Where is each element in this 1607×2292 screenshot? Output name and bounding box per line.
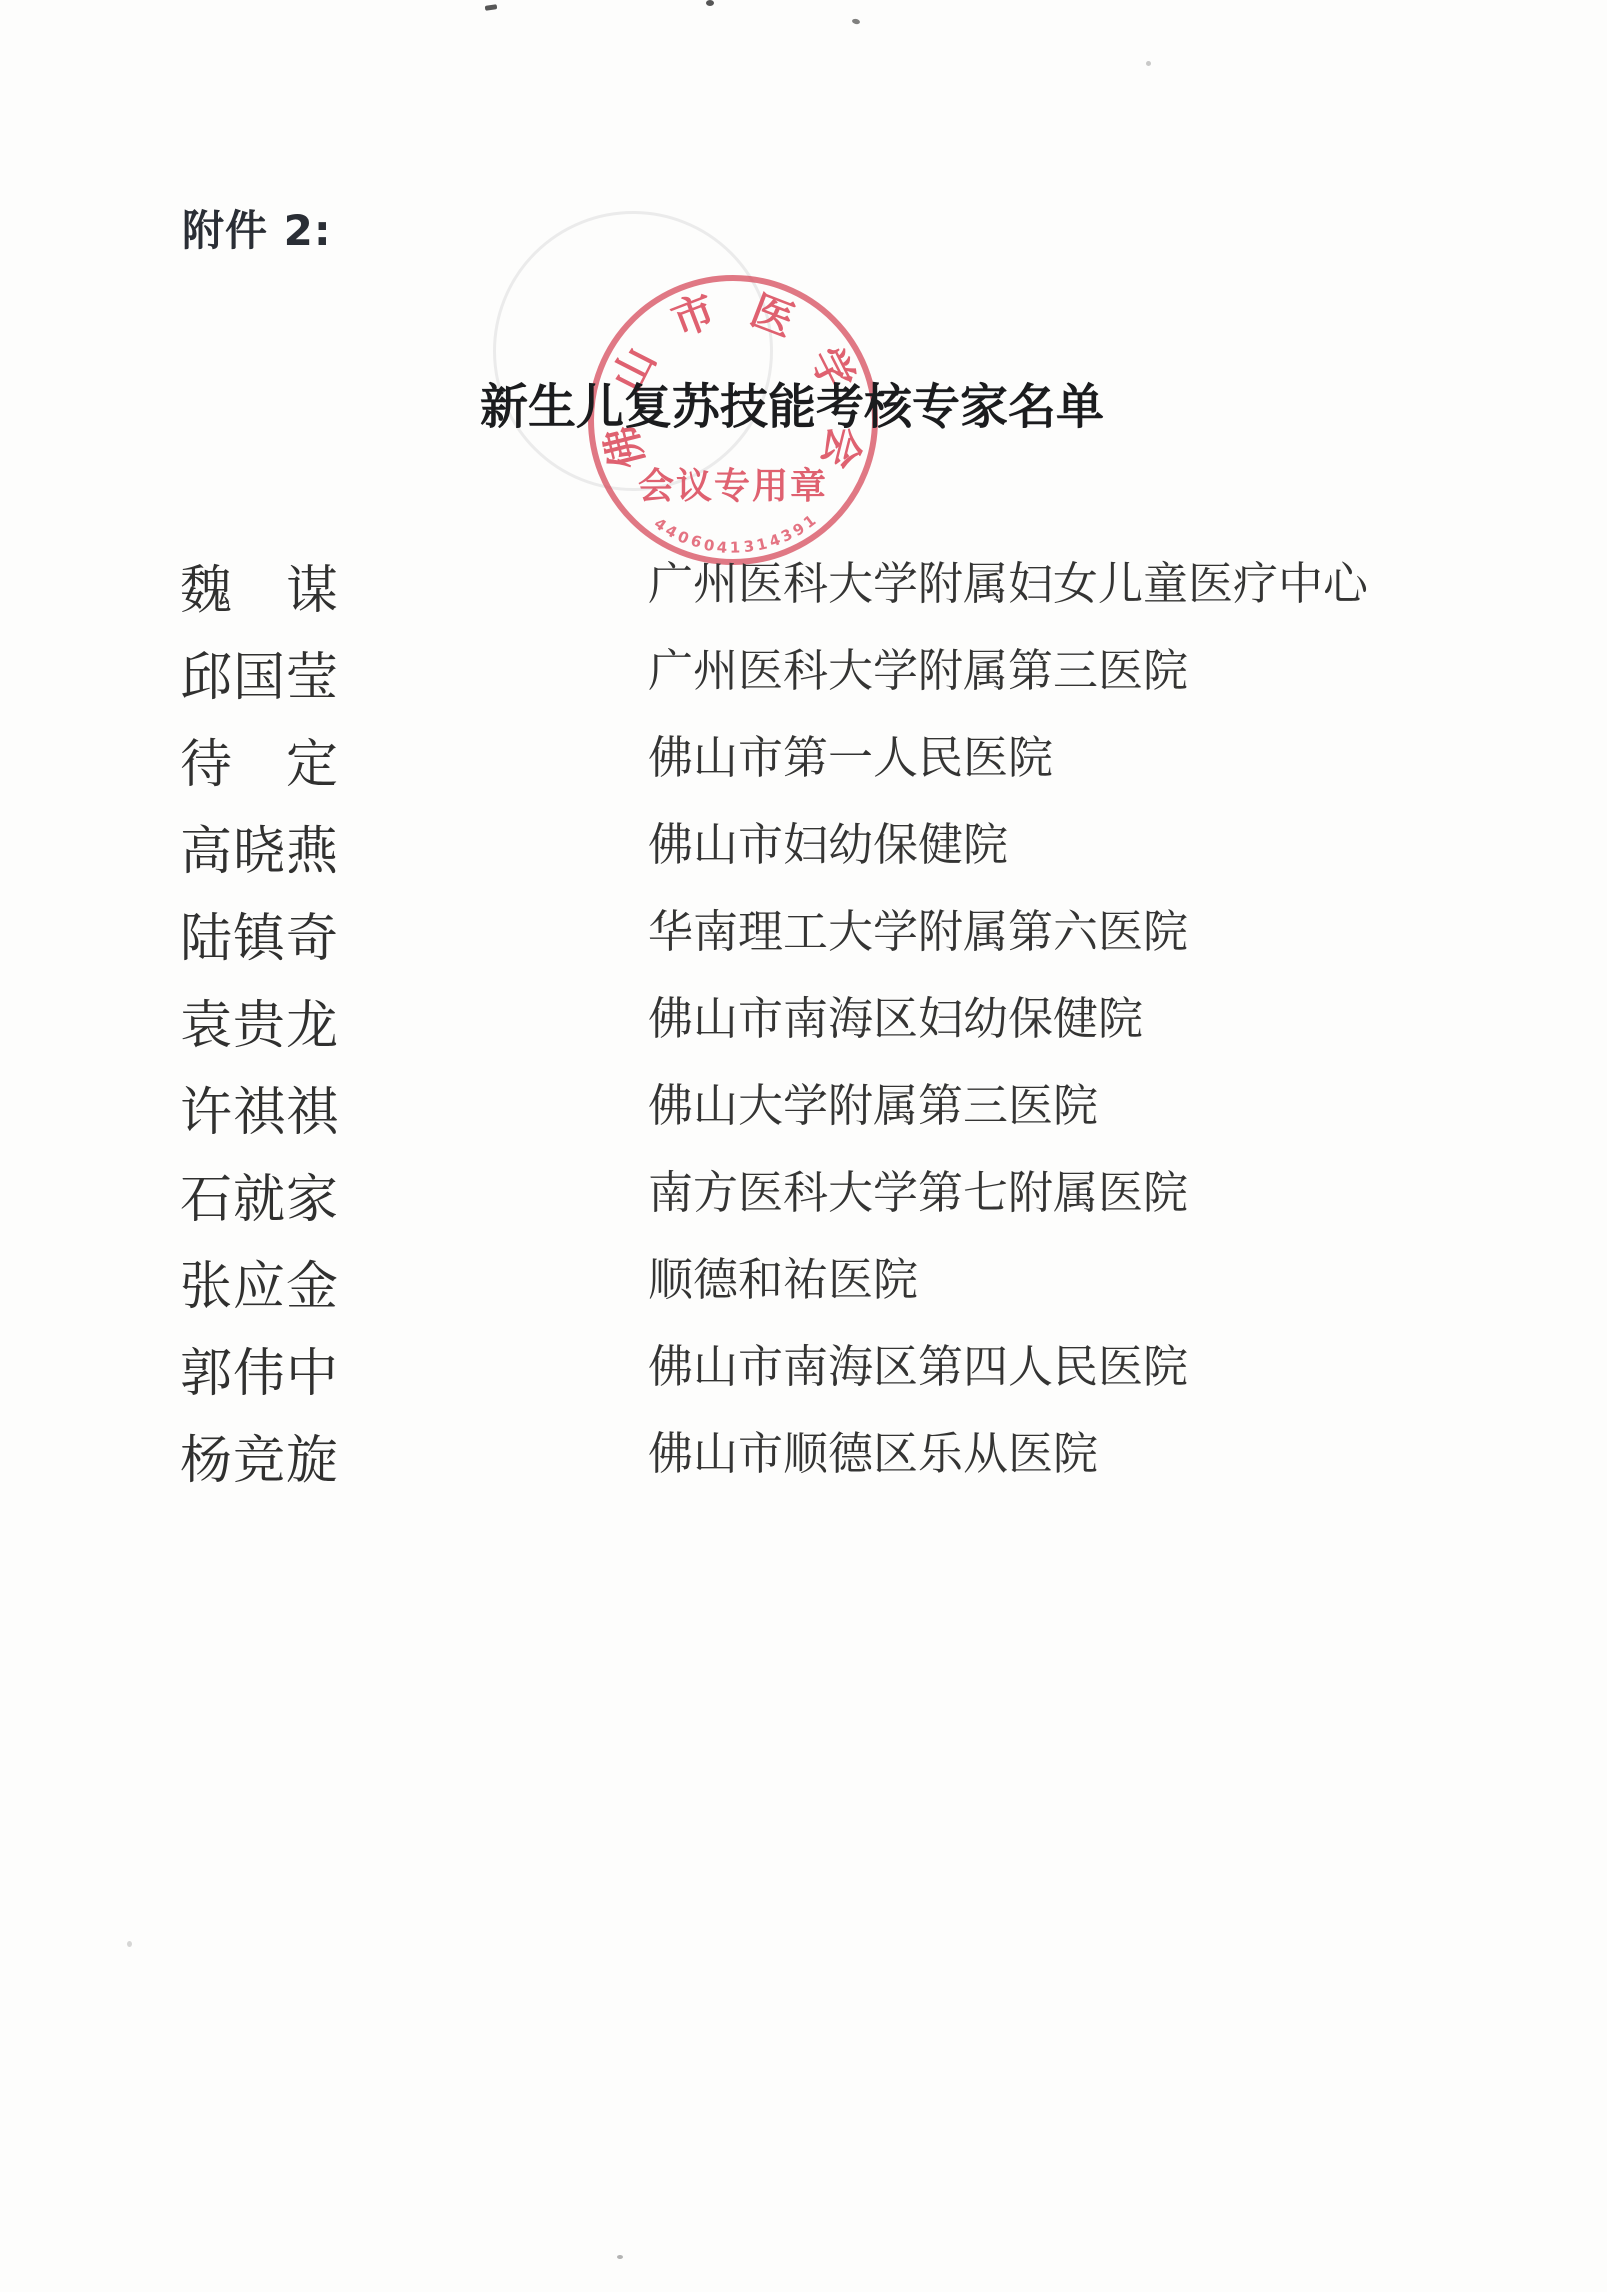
expert-name-char: 陆 — [180, 896, 232, 971]
expert-row: 袁贵龙 佛山市南海区妇幼保健院 — [180, 977, 1368, 1064]
expert-name-char: 许 — [180, 1070, 232, 1145]
expert-name-char: 邱 — [180, 635, 232, 710]
scan-speck — [1146, 61, 1151, 66]
expert-name-char: 中 — [286, 1331, 338, 1406]
expert-name-char: 杨 — [180, 1418, 232, 1493]
expert-name-char: 奇 — [286, 896, 338, 971]
expert-name-char: 谋 — [286, 548, 338, 623]
expert-name: 石就家 — [180, 1157, 338, 1232]
expert-name-char: 就 — [233, 1157, 285, 1232]
expert-row: 许祺祺 佛山大学附属第三医院 — [180, 1064, 1368, 1151]
expert-name-char: 国 — [233, 635, 285, 710]
expert-name-char: 待 — [180, 722, 232, 797]
expert-name: 邱国莹 — [180, 635, 338, 710]
expert-name-char: 龙 — [286, 983, 338, 1058]
document-page: 佛山市医学会 会议专用章 4406041314391 附件 2: 新生儿复苏技能… — [0, 0, 1607, 2292]
attachment-label: 附件 2: — [182, 210, 332, 252]
expert-name-char: 石 — [180, 1157, 232, 1232]
expert-name-char: 袁 — [180, 983, 232, 1058]
scan-speck — [127, 1941, 132, 1947]
expert-row: 陆镇奇 华南理工大学附属第六医院 — [180, 890, 1368, 977]
expert-name: 袁贵龙 — [180, 983, 338, 1058]
expert-name-char: 郭 — [180, 1331, 232, 1406]
expert-organization: 佛山市南海区第四人民医院 — [648, 1330, 1188, 1395]
expert-name: 待定 — [180, 722, 338, 797]
stamp-subtitle: 会议专用章 — [638, 468, 828, 504]
expert-name-char: 旋 — [286, 1418, 338, 1493]
expert-name-char: 贵 — [233, 983, 285, 1058]
expert-name: 陆镇奇 — [180, 896, 338, 971]
scan-speck — [852, 18, 861, 25]
expert-organization: 佛山市南海区妇幼保健院 — [648, 982, 1143, 1047]
expert-name-char: 高 — [180, 809, 232, 884]
expert-row: 高晓燕 佛山市妇幼保健院 — [180, 803, 1368, 890]
expert-name-char: 定 — [286, 722, 338, 797]
expert-name-char: 竞 — [233, 1418, 285, 1493]
expert-organization: 广州医科大学附属第三医院 — [648, 634, 1188, 699]
expert-name-char: 魏 — [180, 548, 232, 623]
expert-organization: 华南理工大学附属第六医院 — [648, 895, 1188, 960]
expert-name: 许祺祺 — [180, 1070, 338, 1145]
expert-row: 杨竞旋 佛山市顺德区乐从医院 — [180, 1412, 1368, 1499]
expert-name-char: 金 — [286, 1244, 338, 1319]
expert-name-char: 晓 — [233, 809, 285, 884]
scan-speck — [485, 4, 498, 11]
expert-row: 待定 佛山市第一人民医院 — [180, 716, 1368, 803]
expert-name: 高晓燕 — [180, 809, 338, 884]
expert-name-char: 张 — [180, 1244, 232, 1319]
expert-name-char: 应 — [233, 1244, 285, 1319]
expert-name: 杨竞旋 — [180, 1418, 338, 1493]
scan-speck — [617, 2255, 623, 2259]
expert-organization: 佛山市第一人民医院 — [648, 721, 1053, 786]
expert-organization: 南方医科大学第七附属医院 — [648, 1156, 1188, 1221]
expert-name-char: 祺 — [233, 1070, 285, 1145]
expert-row: 石就家 南方医科大学第七附属医院 — [180, 1151, 1368, 1238]
scan-speck — [706, 0, 714, 6]
expert-organization: 广州医科大学附属妇女儿童医疗中心 — [648, 547, 1368, 612]
expert-row: 魏谋 广州医科大学附属妇女儿童医疗中心 — [180, 542, 1368, 629]
expert-row: 郭伟中 佛山市南海区第四人民医院 — [180, 1325, 1368, 1412]
expert-name-char: 伟 — [233, 1331, 285, 1406]
page-title: 新生儿复苏技能考核专家名单 — [480, 383, 1104, 431]
expert-name: 张应金 — [180, 1244, 338, 1319]
expert-name-char: 祺 — [286, 1070, 338, 1145]
expert-name-char: 燕 — [286, 809, 338, 884]
expert-row: 张应金 顺德和祐医院 — [180, 1238, 1368, 1325]
expert-organization: 佛山大学附属第三医院 — [648, 1069, 1098, 1134]
expert-name-char: 家 — [286, 1157, 338, 1232]
expert-name: 魏谋 — [180, 548, 338, 623]
expert-organization: 佛山市妇幼保健院 — [648, 808, 1008, 873]
expert-organization: 佛山市顺德区乐从医院 — [648, 1417, 1098, 1482]
expert-name-char: 镇 — [233, 896, 285, 971]
expert-name-char: 莹 — [286, 635, 338, 710]
expert-list: 魏谋 广州医科大学附属妇女儿童医疗中心 邱国莹 广州医科大学附属第三医院 待定 … — [180, 542, 1368, 1499]
expert-organization: 顺德和祐医院 — [648, 1243, 918, 1308]
expert-row: 邱国莹 广州医科大学附属第三医院 — [180, 629, 1368, 716]
expert-name: 郭伟中 — [180, 1331, 338, 1406]
